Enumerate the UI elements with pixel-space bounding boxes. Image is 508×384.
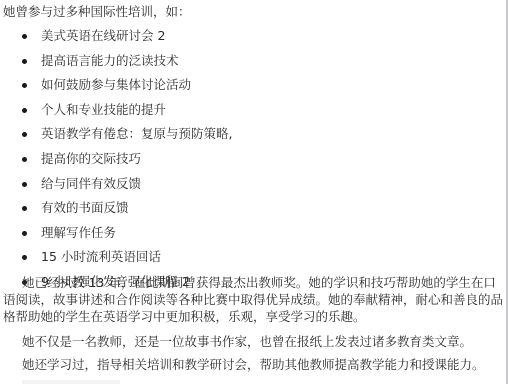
list-item-label: 提高你的交际技巧 bbox=[41, 151, 141, 167]
list-item-label: 英语教学有倦怠：复原与预防策略, bbox=[41, 126, 232, 142]
document-page: 她曾参与过多种国际性培训，如： 美式英语在线研讨会 2 提高语言能力的泛读技术 … bbox=[0, 0, 506, 384]
bullet-icon bbox=[22, 157, 27, 162]
list-item-label: 给与同伴有效反馈 bbox=[41, 176, 141, 192]
list-item-label: 有效的书面反馈 bbox=[41, 200, 129, 216]
paragraph-author: 她不仅是一名教师，还是一位故事书作家，也曾在报纸上发表过诸多教育类文章。 bbox=[3, 333, 503, 350]
bullet-icon bbox=[22, 83, 27, 88]
bullet-icon bbox=[22, 206, 27, 211]
paragraph-mentoring: 她还学习过，指导相关培训和教学研讨会，帮助其他教师提高教学能力和授课能力。 bbox=[3, 356, 503, 373]
list-item-label: 提高语言能力的泛读技术 bbox=[41, 53, 179, 69]
bullet-icon bbox=[22, 231, 27, 236]
bullet-icon bbox=[22, 182, 27, 187]
paragraph-text: 她已经执教 13 年，在此期间曾获得最杰出教师奖。她的学识和技巧帮助她的学生在口… bbox=[3, 275, 503, 324]
paragraph-experience: 她已经执教 13 年，在此期间曾获得最杰出教师奖。她的学识和技巧帮助她的学生在口… bbox=[3, 274, 503, 325]
list-item-label: 如何鼓励参与集体讨论活动 bbox=[41, 77, 191, 93]
bullet-icon bbox=[22, 59, 27, 64]
bullet-icon bbox=[22, 108, 27, 113]
list-item-label: 理解写作任务 bbox=[41, 225, 116, 241]
list-item-label: 个人和专业技能的提升 bbox=[41, 102, 166, 118]
paragraph-text: 她不仅是一名教师，还是一位故事书作家，也曾在报纸上发表过诸多教育类文章。 bbox=[22, 334, 472, 349]
list-item-label: 15 小时流利英语回话 bbox=[41, 249, 161, 265]
bullet-icon bbox=[22, 132, 27, 137]
bullet-icon bbox=[22, 255, 27, 260]
decorative-box bbox=[22, 380, 120, 384]
paragraph-text: 她还学习过，指导相关培训和教学研讨会，帮助其他教师提高教学能力和授课能力。 bbox=[22, 357, 485, 372]
training-intro: 她曾参与过多种国际性培训，如： bbox=[3, 4, 191, 20]
list-item-label: 美式英语在线研讨会 2 bbox=[41, 28, 165, 44]
bullet-icon bbox=[22, 34, 27, 39]
